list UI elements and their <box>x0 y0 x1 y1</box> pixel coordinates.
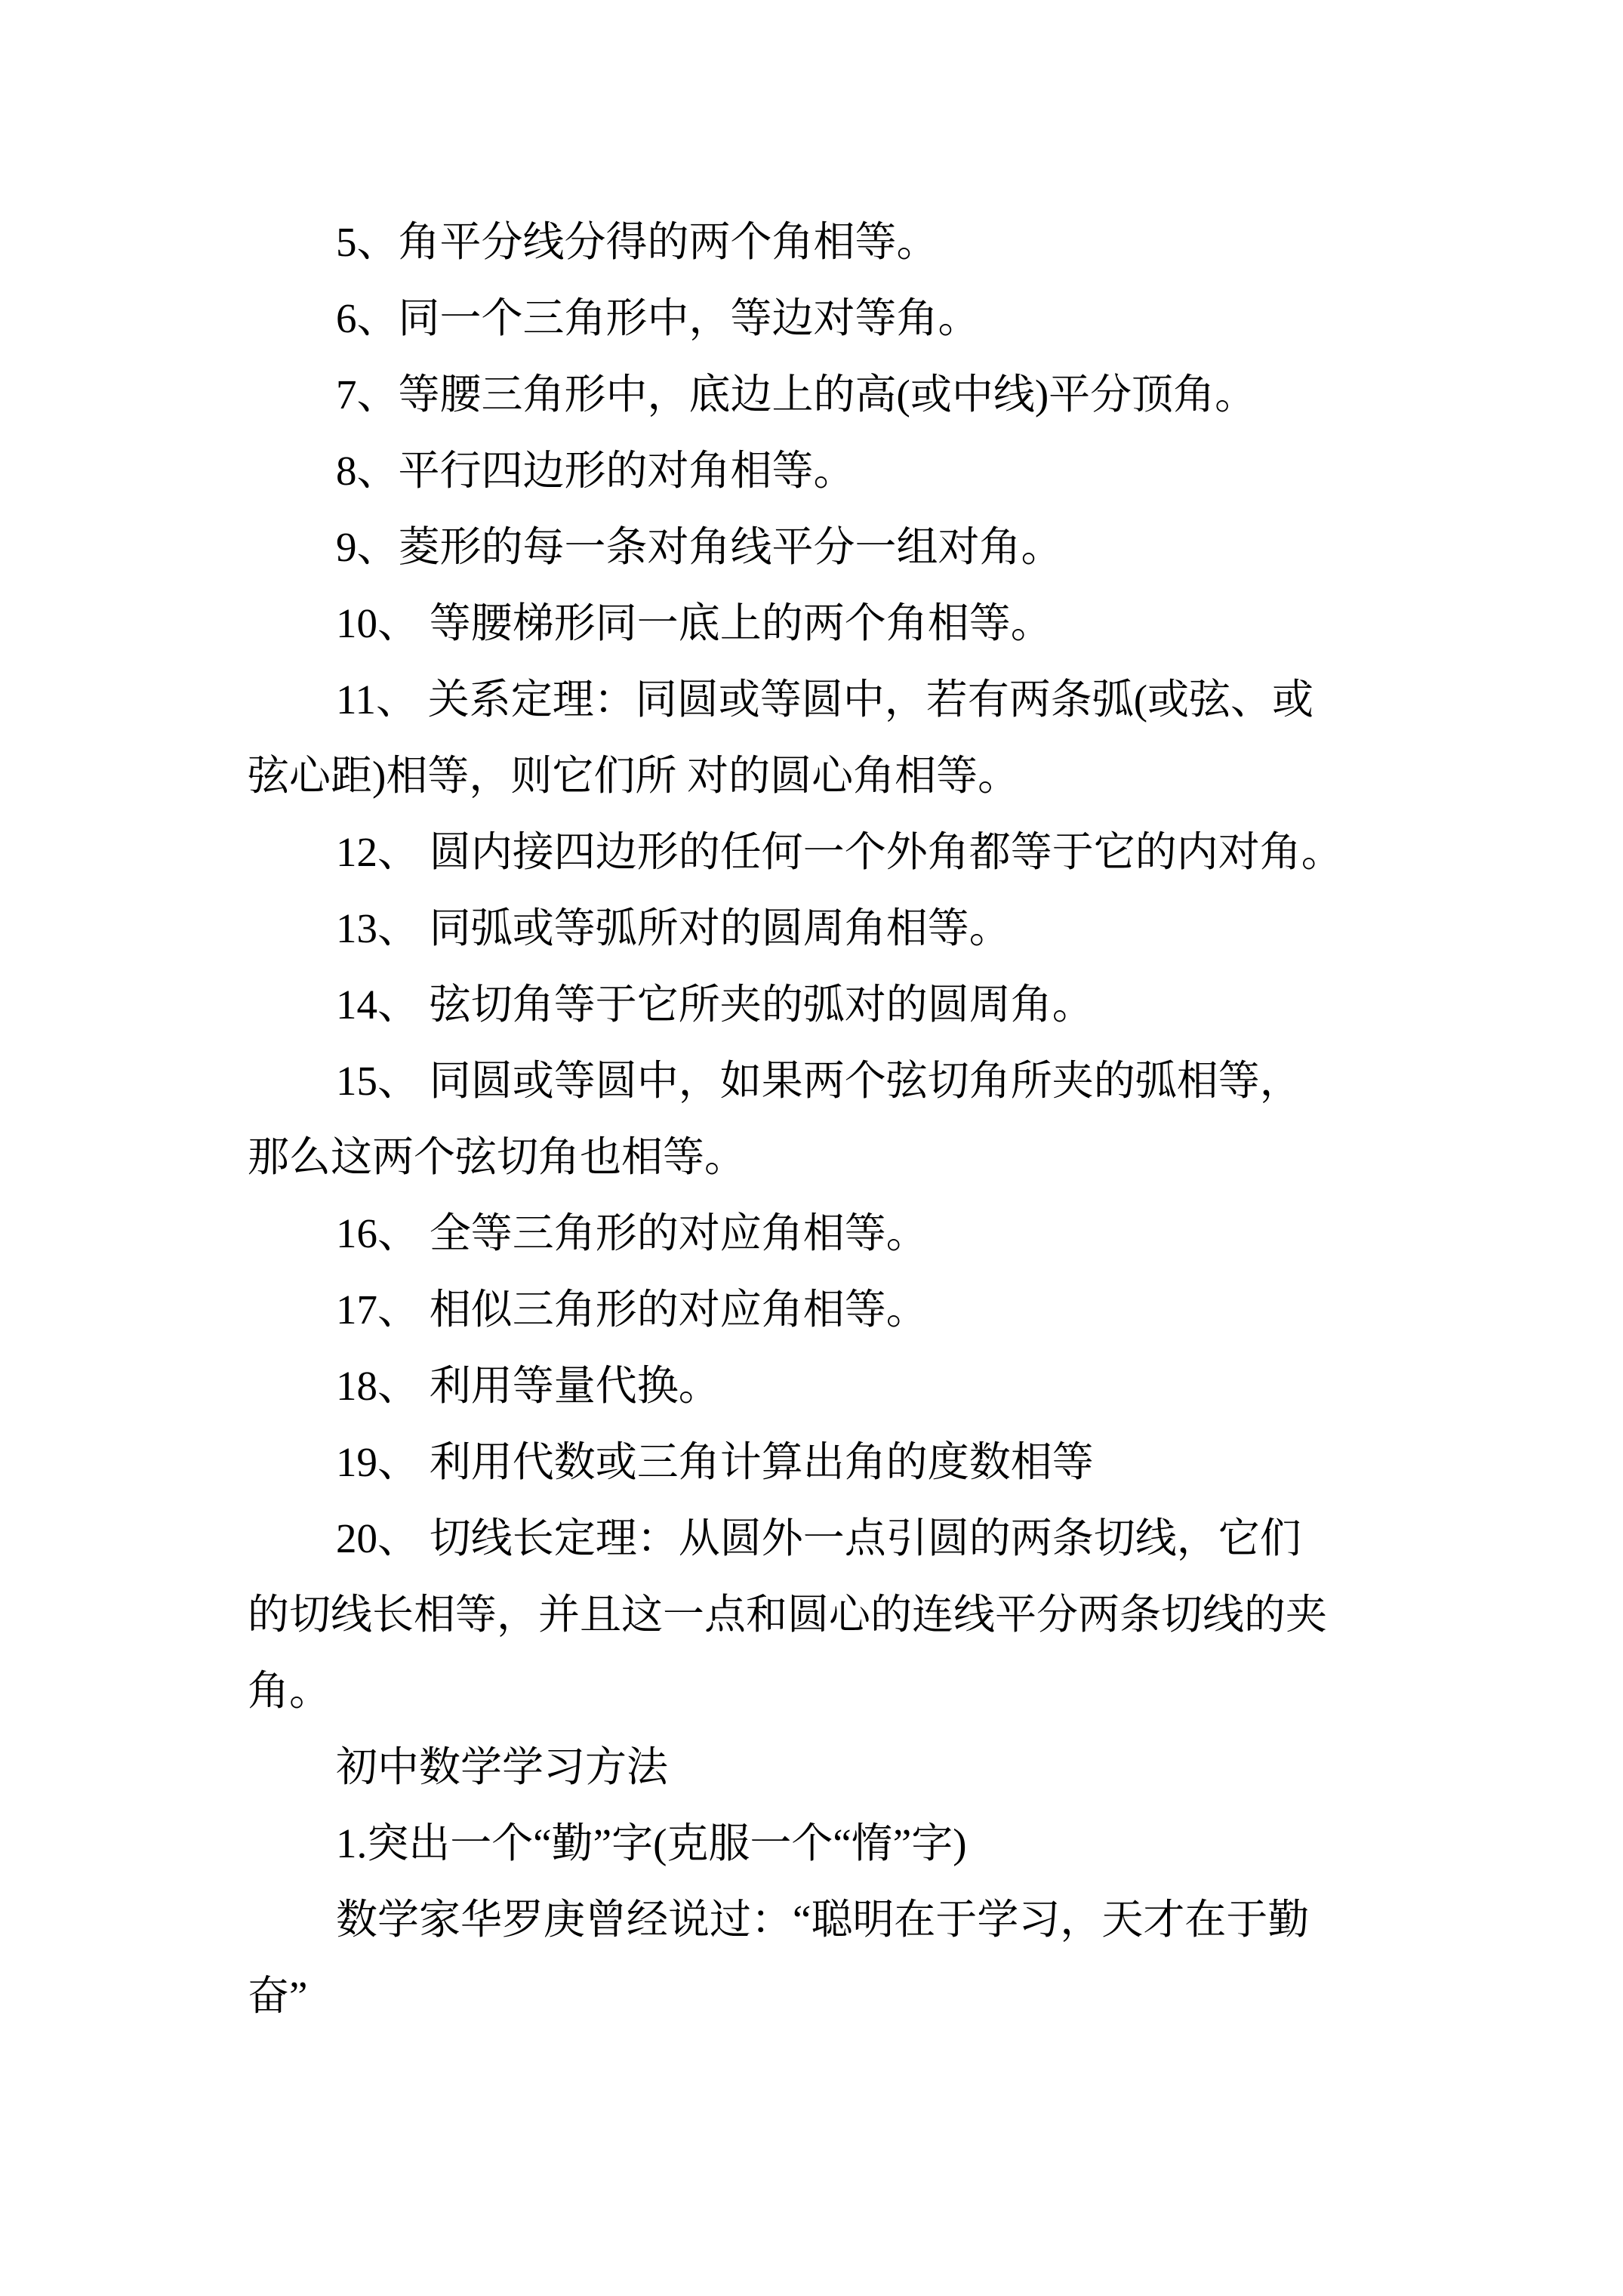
text-line: 11、 关系定理：同圆或等圆中，若有两条弧(或弦、或 <box>248 661 1455 738</box>
text-line: 角。 <box>248 1653 1455 1729</box>
text-line: 20、 切线长定理：从圆外一点引圆的两条切线，它们 <box>248 1500 1455 1576</box>
document-text-block: 5、角平分线分得的两个角相等。6、同一个三角形中，等边对等角。7、等腰三角形中，… <box>248 204 1455 2034</box>
text-line: 16、 全等三角形的对应角相等。 <box>248 1195 1455 1271</box>
text-line: 10、 等腰梯形同一底上的两个角相等。 <box>248 585 1455 661</box>
text-line: 18、 利用等量代换。 <box>248 1348 1455 1424</box>
text-line: 12、 圆内接四边形的任何一个外角都等于它的内对角。 <box>248 814 1455 890</box>
text-line: 14、 弦切角等于它所夹的弧对的圆周角。 <box>248 966 1455 1043</box>
text-line: 5、角平分线分得的两个角相等。 <box>248 204 1455 280</box>
text-line: 那么这两个弦切角也相等。 <box>248 1119 1455 1195</box>
text-line: 弦心距)相等，则它们所 对的圆心角相等。 <box>248 738 1455 814</box>
text-line: 8、平行四边形的对角相等。 <box>248 433 1455 509</box>
text-line: 15、 同圆或等圆中，如果两个弦切角所夹的弧相等， <box>248 1043 1455 1119</box>
text-line: 19、 利用代数或三角计算出角的度数相等 <box>248 1424 1455 1500</box>
text-line: 6、同一个三角形中，等边对等角。 <box>248 280 1455 356</box>
text-line: 奋” <box>248 1958 1455 2034</box>
text-line: 的切线长相等，并且这一点和圆心的连线平分两条切线的夹 <box>248 1576 1455 1653</box>
text-line: 初中数学学习方法 <box>248 1729 1455 1805</box>
document-page: 5、角平分线分得的两个角相等。6、同一个三角形中，等边对等角。7、等腰三角形中，… <box>0 0 1623 2296</box>
text-line: 7、等腰三角形中，底边上的高(或中线)平分顶角。 <box>248 356 1455 433</box>
text-line: 13、 同弧或等弧所对的圆周角相等。 <box>248 890 1455 966</box>
text-line: 数学家华罗庚曾经说过：“聪明在于学习，天才在于勤 <box>248 1881 1455 1958</box>
text-line: 1.突出一个“勤”字(克服一个“惰”字) <box>248 1805 1455 1881</box>
text-line: 17、 相似三角形的对应角相等。 <box>248 1271 1455 1348</box>
text-line: 9、菱形的每一条对角线平分一组对角。 <box>248 509 1455 585</box>
